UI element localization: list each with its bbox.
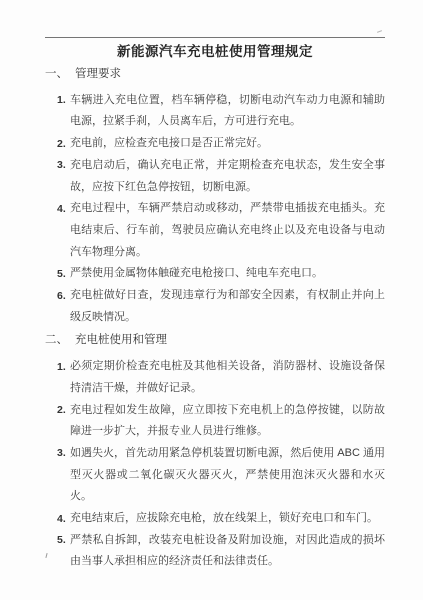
section-heading: 二、充电桩使用和管理 — [45, 330, 385, 352]
list-item: 4.充电结束后，应拔除充电枪，放在线架上，锁好充电口和车门。 — [45, 508, 385, 530]
list-item-number: 4. — [57, 199, 66, 221]
list-item-text: 如遇失火，首先动用紧急停机装置切断电源，然后使用 ABC 通用型灭火器或二氧化碳… — [70, 447, 385, 502]
list-item-number: 6. — [57, 286, 66, 308]
section-heading: 一、管理要求 — [45, 64, 385, 86]
section-items: 1.必须定期价检查充电桩及其他相关设备，消防器材、设施设备保持清洁干燥，并做好记… — [45, 356, 385, 573]
list-item: 1.车辆进入充电位置，档车辆停稳，切断电动汽车动力电源和辅助电源，拉紧手刹，人员… — [45, 90, 385, 133]
section-1: 一、管理要求1.车辆进入充电位置，档车辆停稳，切断电动汽车动力电源和辅助电源，拉… — [45, 64, 385, 328]
list-item-text: 充电过程中，车辆严禁启动或移动，严禁带电插拔充电插头。充电结束后、行车前，驾驶员… — [70, 202, 385, 257]
list-item-text: 充电桩做好日查，发现违章行为和部安全因素，有权制止并向上级反映情况。 — [70, 289, 385, 323]
document-page: 新能源汽车充电桩使用管理规定 一、管理要求1.车辆进入充电位置，档车辆停稳，切断… — [0, 0, 423, 600]
list-item-text: 严禁私自拆卸，改装充电桩设备及附加设施，对因此造成的损坏由当事人承担相应的经济责… — [70, 534, 385, 568]
section-items: 1.车辆进入充电位置，档车辆停稳，切断电动汽车动力电源和辅助电源，拉紧手刹，人员… — [45, 90, 385, 329]
list-item-number: 1. — [57, 90, 66, 112]
list-item-number: 2. — [57, 400, 66, 422]
section-number: 二、 — [45, 330, 75, 352]
list-item-number: 2. — [57, 134, 66, 156]
list-item: 2.充电过程如发生故障，应立即按下充电机上的急停按键，以防故障进一步扩大，并报专… — [45, 400, 385, 443]
list-item-number: 4. — [57, 509, 66, 531]
list-item: 2.充电前，应检查充电接口是否正常完好。 — [45, 133, 385, 155]
section-number: 一、 — [45, 64, 75, 86]
list-item-text: 充电启动后，确认充电正常，并定期检查充电状态，发生安全事故，应按下红色急停按钮，… — [70, 159, 385, 193]
list-item: 3.如遇失火，首先动用紧急停机装置切断电源，然后使用 ABC 通用型灭火器或二氧… — [45, 443, 385, 508]
list-item-text: 车辆进入充电位置，档车辆停稳，切断电动汽车动力电源和辅助电源，拉紧手刹，人员离车… — [70, 94, 385, 128]
list-item: 5.严禁使用金属物体触碰充电枪接口、纯电车充电口。 — [45, 263, 385, 285]
document-title: 新能源汽车充电桩使用管理规定 — [45, 41, 385, 62]
list-item-text: 充电结束后，应拔除充电枪，放在线架上，锁好充电口和车门。 — [70, 512, 378, 524]
list-item-text: 充电过程如发生故障，应立即按下充电机上的急停按键，以防故障进一步扩大，并报专业人… — [70, 404, 385, 438]
list-item: 6.充电桩做好日查，发现违章行为和部安全因素，有权制止并向上级反映情况。 — [45, 285, 385, 328]
list-item-number: 3. — [57, 155, 66, 177]
list-item: 4.充电过程中，车辆严禁启动或移动，严禁带电插拔充电插头。充电结束后、行车前，驾… — [45, 198, 385, 263]
list-item-text: 严禁使用金属物体触碰充电枪接口、纯电车充电口。 — [70, 267, 323, 279]
list-item-text: 必须定期价检查充电桩及其他相关设备，消防器材、设施设备保持清洁干燥，并做好记录。 — [70, 360, 385, 394]
list-item-number: 5. — [57, 530, 66, 552]
section-title: 管理要求 — [75, 64, 121, 86]
list-item-number: 3. — [57, 443, 66, 465]
section-title: 充电桩使用和管理 — [75, 330, 167, 352]
list-item: 3.充电启动后，确认充电正常，并定期检查充电状态，发生安全事故，应按下红色急停按… — [45, 155, 385, 198]
scan-artifact-top — [377, 30, 382, 33]
list-item-number: 1. — [57, 357, 66, 379]
document-body: 一、管理要求1.车辆进入充电位置，档车辆停稳，切断电动汽车动力电源和辅助电源，拉… — [45, 64, 385, 573]
list-item-text: 充电前，应检查充电接口是否正常完好。 — [70, 137, 268, 149]
list-item: 1.必须定期价检查充电桩及其他相关设备，消防器材、设施设备保持清洁干燥，并做好记… — [45, 356, 385, 399]
list-item: 5.严禁私自拆卸，改装充电桩设备及附加设施，对因此造成的损坏由当事人承担相应的经… — [45, 530, 385, 573]
list-item-number: 5. — [57, 264, 66, 286]
section-2: 二、充电桩使用和管理1.必须定期价检查充电桩及其他相关设备，消防器材、设施设备保… — [45, 330, 385, 573]
title-rule — [45, 37, 385, 38]
